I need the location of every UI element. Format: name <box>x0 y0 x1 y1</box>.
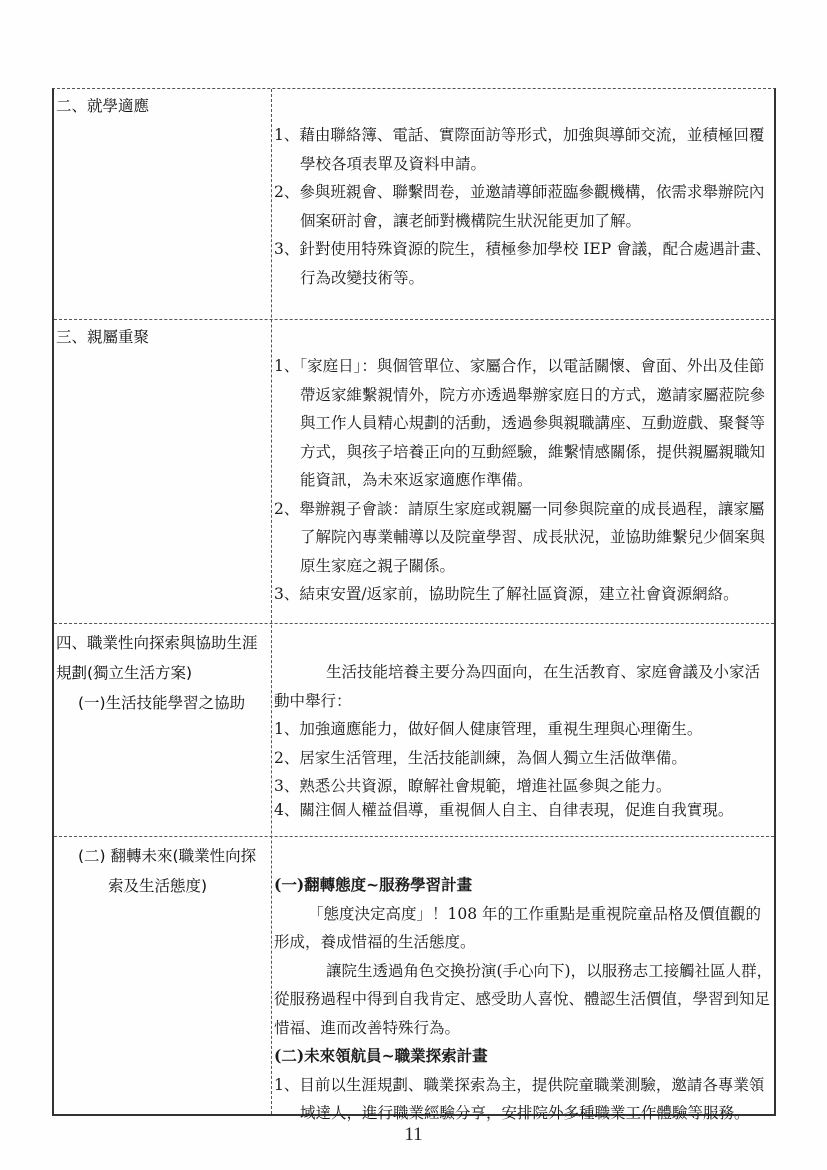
paragraph: 「態度決定高度」！108 年的工作重點是重視院童品格及價值觀的形成，養成惜福的生… <box>274 900 774 957</box>
list-item: 1、「家庭日」：與個管單位、家屬合作，以電話關懷、會面、外出及佳節帶返家維繫親情… <box>274 352 774 495</box>
page-number: 11 <box>0 1124 827 1146</box>
table-row-flip-future: (二) 翻轉未來(職業性向探 索及生活態度) (一)翻轉態度~服務學習計畫 「態… <box>54 836 774 1116</box>
subsection-title: (一)生活技能學習之協助 <box>56 688 268 718</box>
section-title: 三、親屬重聚 <box>56 322 268 352</box>
subheading: (一)翻轉態度~服務學習計畫 <box>274 871 774 900</box>
list-item: 2、參與班親會、聯繫問卷，並邀請導師蒞臨參觀機構，依需求舉辦院內個案研討會，讓老… <box>274 178 774 235</box>
list-item: 3、熟悉公共資源，瞭解社會規範，增進社區參與之能力。 <box>274 774 774 798</box>
list-item: 1、藉由聯絡簿、電話、實際面訪等形式，加強與導師交流，並積極回覆學校各項表單及資… <box>274 121 774 178</box>
row-content: 1、藉由聯絡簿、電話、實際面訪等形式，加強與導師交流，並積極回覆學校各項表單及資… <box>274 121 774 292</box>
plan-table: 二、就學適應 1、藉由聯絡簿、電話、實際面訪等形式，加強與導師交流，並積極回覆學… <box>52 88 776 1116</box>
section-title-cont: 規劃(獨立生活方案) <box>56 658 268 688</box>
list-item: 1、目前以生涯規劃、職業探索為主，提供院童職業測驗，邀請各專業領域達人，進行職業… <box>274 1071 774 1128</box>
subsection-title-cont: 索及生活態度) <box>56 871 268 901</box>
section-title: 四、職業性向探索與協助生涯 <box>56 628 268 658</box>
document-page: 二、就學適應 1、藉由聯絡簿、電話、實際面訪等形式，加強與導師交流，並積極回覆學… <box>0 0 827 1170</box>
row-label: (二) 翻轉未來(職業性向探 索及生活態度) <box>56 841 268 901</box>
paragraph: 讓院生透過角色交換扮演(手心向下)，以服務志工接觸社區人群，從服務過程中得到自我… <box>274 957 774 1043</box>
list-item: 3、結束安置/返家前，協助院生了解社區資源，建立社會資源網絡。 <box>274 580 774 609</box>
section-title: 二、就學適應 <box>56 91 268 121</box>
row-content: (一)翻轉態度~服務學習計畫 「態度決定高度」！108 年的工作重點是重視院童品… <box>274 871 774 1128</box>
list-item: 2、居家生活管理，生活技能訓練，為個人獨立生活做準備。 <box>274 744 774 773</box>
subheading: (二)未來領航員~職業探索計畫 <box>274 1042 774 1071</box>
row-label: 二、就學適應 <box>56 91 268 121</box>
list-item: 2、舉辦親子會談：請原生家庭或親屬一同參與院童的成長過程，讓家屬了解院內專業輔導… <box>274 495 774 581</box>
row-label: 三、親屬重聚 <box>56 322 268 352</box>
intro-paragraph: 生活技能培養主要分為四面向，在生活教育、家庭會議及小家活動中舉行： <box>274 658 774 715</box>
row-content: 1、「家庭日」：與個管單位、家屬合作，以電話關懷、會面、外出及佳節帶返家維繫親情… <box>274 352 774 609</box>
table-row-school-adaptation: 二、就學適應 1、藉由聯絡簿、電話、實際面訪等形式，加強與導師交流，並積極回覆學… <box>54 89 774 319</box>
table-row-family-reunion: 三、親屬重聚 1、「家庭日」：與個管單位、家屬合作，以電話關懷、會面、外出及佳節… <box>54 319 774 623</box>
list-item: 3、針對使用特殊資源的院生，積極參加學校 IEP 會議，配合處遇計畫、行為改變技… <box>274 235 774 292</box>
table-row-life-skills: 四、職業性向探索與協助生涯 規劃(獨立生活方案) (一)生活技能學習之協助 生活… <box>54 623 774 836</box>
list-item: 4、關注個人權益倡導，重視個人自主、自律表現，促進自我實現。 <box>274 798 774 822</box>
subsection-title: (二) 翻轉未來(職業性向探 <box>56 841 268 871</box>
list-item: 1、加強適應能力，做好個人健康管理，重視生理與心理衛生。 <box>274 715 774 744</box>
row-content: 生活技能培養主要分為四面向，在生活教育、家庭會議及小家活動中舉行： 1、加強適應… <box>274 658 774 822</box>
row-label: 四、職業性向探索與協助生涯 規劃(獨立生活方案) (一)生活技能學習之協助 <box>56 628 268 718</box>
